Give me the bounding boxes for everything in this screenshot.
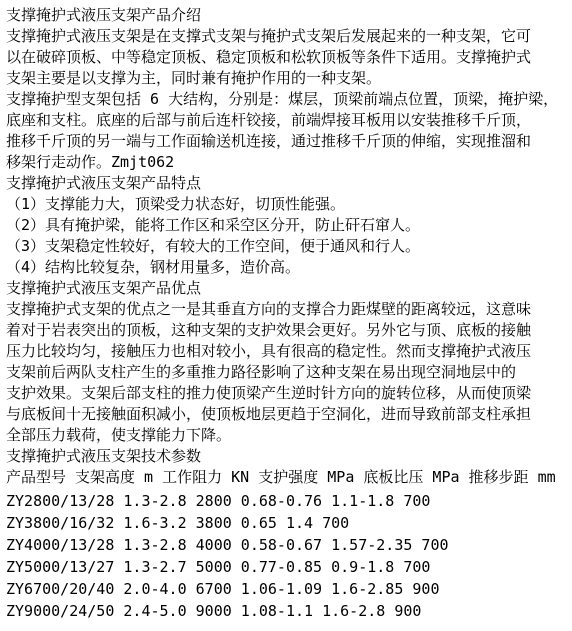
- advantages-text-line: 全部压力载荷，使支撑能力下降。: [6, 425, 570, 446]
- spec-table-row: ZY9000/24/50 2.4-5.0 9000 1.08-1.1 1.6-2…: [6, 600, 570, 622]
- intro-text-line: 以在破碎顶板、中等稳定顶板、稳定顶板和松软顶板等条件下适用。支撑掩护式: [6, 47, 570, 68]
- intro-heading: 支撑掩护式液压支架产品介绍: [6, 5, 570, 26]
- spec-table-row: ZY3800/16/32 1.6-3.2 3800 0.65 1.4 700: [6, 512, 570, 534]
- structure-paragraph: 支撑掩护型支架包括 6 大结构，分别是：煤层，顶梁前端点位置，顶梁，掩护梁，底座…: [6, 89, 570, 173]
- spec-table-row: ZY4000/13/28 1.3-2.8 4000 0.58-0.67 1.57…: [6, 534, 570, 556]
- spec-table-row: ZY6700/20/40 2.0-4.0 6700 1.06-1.09 1.6-…: [6, 578, 570, 600]
- section-structure: 支撑掩护型支架包括 6 大结构，分别是：煤层，顶梁前端点位置，顶梁，掩护梁，底座…: [6, 89, 570, 173]
- intro-text-line: 支架主要是以支撑为主，同时兼有掩护作用的一种支架。: [6, 68, 570, 89]
- feature-item: （1）支撑能力大，顶梁受力状态好，切顶性能强。: [6, 194, 570, 215]
- spec-table-header: 产品型号 支架高度 m 工作阻力 KN 支护强度 MPa 底板比压 MPa 推移…: [6, 467, 570, 488]
- features-list: （1）支撑能力大，顶梁受力状态好，切顶性能强。（2）具有掩护梁，能将工作区和采空…: [6, 194, 570, 278]
- document-page: 支撑掩护式液压支架产品介绍 支撑掩护式液压支架是在支撑式支架与掩护式支架后发展起…: [0, 0, 572, 631]
- advantages-text-line: 支架前后两队支柱产生的多重推力路径影响了这种支架在易出现空洞地层中的: [6, 362, 570, 383]
- advantages-paragraph: 支撑掩护式支架的优点之一是其垂直方向的支撑合力距煤壁的距离较远，这意味着对于岩表…: [6, 299, 570, 446]
- specs-heading: 支撑掩护式液压支架技术参数: [6, 446, 570, 467]
- spec-table-row: ZY5000/13/27 1.3-2.7 5000 0.77-0.85 0.9-…: [6, 556, 570, 578]
- section-advantages: 支撑掩护式液压支架产品优点 支撑掩护式支架的优点之一是其垂直方向的支撑合力距煤壁…: [6, 278, 570, 446]
- features-heading: 支撑掩护式液压支架产品特点: [6, 173, 570, 194]
- advantages-text-line: 支护效果。支架后部支柱的推力使顶梁产生逆时针方向的旋转位移，从而使顶梁: [6, 383, 570, 404]
- structure-text-line: 移架行走动作。Zmjt062: [6, 152, 570, 173]
- section-specs: 支撑掩护式液压支架技术参数 产品型号 支架高度 m 工作阻力 KN 支护强度 M…: [6, 446, 570, 622]
- advantages-heading: 支撑掩护式液压支架产品优点: [6, 278, 570, 299]
- advantages-text-line: 着对于岩表突出的顶板，这种支架的支护效果会更好。另外它与顶、底板的接触: [6, 320, 570, 341]
- section-features: 支撑掩护式液压支架产品特点 （1）支撑能力大，顶梁受力状态好，切顶性能强。（2）…: [6, 173, 570, 278]
- spec-table-row: ZY2800/13/28 1.3-2.8 2800 0.68-0.76 1.1-…: [6, 490, 570, 512]
- feature-item: （3）支架稳定性较好，有较大的工作空间，便于通风和行人。: [6, 236, 570, 257]
- advantages-text-line: 压力比较均匀，接触压力也相对较小，具有很高的稳定性。然而支撑掩护式液压: [6, 341, 570, 362]
- advantages-text-line: 与底板间十无接触面积减小，使顶板地层更趋于空洞化，进而导致前部支柱承担: [6, 404, 570, 425]
- spec-table: ZY2800/13/28 1.3-2.8 2800 0.68-0.76 1.1-…: [6, 490, 570, 622]
- section-intro: 支撑掩护式液压支架产品介绍 支撑掩护式液压支架是在支撑式支架与掩护式支架后发展起…: [6, 5, 570, 89]
- advantages-text-line: 支撑掩护式支架的优点之一是其垂直方向的支撑合力距煤壁的距离较远，这意味: [6, 299, 570, 320]
- intro-paragraph: 支撑掩护式液压支架是在支撑式支架与掩护式支架后发展起来的一种支架，它可以在破碎顶…: [6, 26, 570, 89]
- structure-text-line: 支撑掩护型支架包括 6 大结构，分别是：煤层，顶梁前端点位置，顶梁，掩护梁，: [6, 89, 570, 110]
- structure-text-line: 底座和支柱。底座的后部与前后连杆铰接，前端焊接耳板用以安装推移千斤顶，: [6, 110, 570, 131]
- intro-text-line: 支撑掩护式液压支架是在支撑式支架与掩护式支架后发展起来的一种支架，它可: [6, 26, 570, 47]
- feature-item: （4）结构比较复杂，钢材用量多，造价高。: [6, 257, 570, 278]
- structure-text-line: 推移千斤顶的另一端与工作面输送机连接，通过推移千斤顶的伸缩，实现推溜和: [6, 131, 570, 152]
- feature-item: （2）具有掩护梁，能将工作区和采空区分开，防止矸石窜人。: [6, 215, 570, 236]
